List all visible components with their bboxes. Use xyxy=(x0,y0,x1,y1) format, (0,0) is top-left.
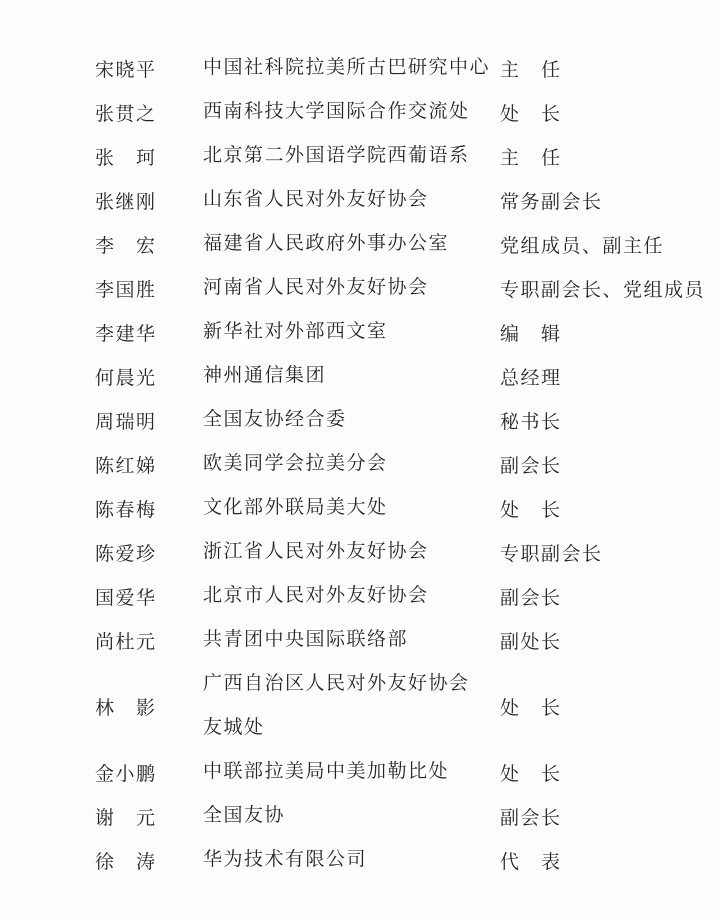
attendee-name: 国爱华 xyxy=(95,583,203,610)
attendee-organization: 山东省人民对外友好协会 xyxy=(203,178,500,222)
table-row: 张 珂 北京第二外国语学院西葡语系 主 任 xyxy=(0,134,720,178)
attendee-table: 宋晓平 中国社科院拉美所古巴研究中心 主 任 张贯之 西南科技大学国际合作交流处… xyxy=(0,46,720,882)
attendee-organization: 神州通信集团 xyxy=(203,354,500,398)
table-row: 徐 涛 华为技术有限公司 代 表 xyxy=(0,838,720,882)
attendee-organization: 浙江省人民对外友好协会 xyxy=(203,530,500,574)
attendee-title: 党组成员、副主任 xyxy=(500,231,720,258)
attendee-organization: 北京第二外国语学院西葡语系 xyxy=(203,134,500,178)
table-row: 周瑞明 全国友协经合委 秘书长 xyxy=(0,398,720,442)
attendee-organization: 中国社科院拉美所古巴研究中心 xyxy=(203,46,500,90)
table-row: 李国胜 河南省人民对外友好协会 专职副会长、党组成员 xyxy=(0,266,720,310)
attendee-organization: 共青团中央国际联络部 xyxy=(203,618,500,662)
attendee-name: 谢 元 xyxy=(95,803,203,830)
table-row: 谢 元 全国友协 副会长 xyxy=(0,794,720,838)
attendee-title: 专职副会长、党组成员 xyxy=(500,275,720,302)
table-row: 林 影 广西自治区人民对外友好协会 友城处 处 长 xyxy=(0,662,720,750)
attendee-name: 张继刚 xyxy=(95,187,203,214)
attendee-title: 编 辑 xyxy=(500,319,720,346)
attendee-title: 处 长 xyxy=(500,759,720,786)
table-row: 宋晓平 中国社科院拉美所古巴研究中心 主 任 xyxy=(0,46,720,90)
attendee-name: 林 影 xyxy=(95,693,203,720)
attendee-name: 陈春梅 xyxy=(95,495,203,522)
attendee-name: 李建华 xyxy=(95,319,203,346)
table-row: 李 宏 福建省人民政府外事办公室 党组成员、副主任 xyxy=(0,222,720,266)
attendee-title: 专职副会长 xyxy=(500,539,720,566)
attendee-name: 金小鹏 xyxy=(95,759,203,786)
attendee-organization: 广西自治区人民对外友好协会 友城处 xyxy=(203,662,500,750)
attendee-organization: 福建省人民政府外事办公室 xyxy=(203,222,500,266)
attendee-organization: 全国友协 xyxy=(203,794,500,838)
attendee-title: 副会长 xyxy=(500,451,720,478)
attendee-organization: 欧美同学会拉美分会 xyxy=(203,442,500,486)
attendee-name: 陈红娣 xyxy=(95,451,203,478)
attendee-organization: 西南科技大学国际合作交流处 xyxy=(203,90,500,134)
attendee-organization: 北京市人民对外友好协会 xyxy=(203,574,500,618)
attendee-title: 处 长 xyxy=(500,99,720,126)
attendee-title: 副会长 xyxy=(500,583,720,610)
attendee-title: 总经理 xyxy=(500,363,720,390)
attendee-name: 张贯之 xyxy=(95,99,203,126)
table-row: 张继刚 山东省人民对外友好协会 常务副会长 xyxy=(0,178,720,222)
table-row: 尚杜元 共青团中央国际联络部 副处长 xyxy=(0,618,720,662)
attendee-title: 常务副会长 xyxy=(500,187,720,214)
table-row: 国爱华 北京市人民对外友好协会 副会长 xyxy=(0,574,720,618)
attendee-name: 尚杜元 xyxy=(95,627,203,654)
attendee-title: 主 任 xyxy=(500,143,720,170)
attendee-title: 秘书长 xyxy=(500,407,720,434)
attendee-organization: 文化部外联局美大处 xyxy=(203,486,500,530)
attendee-organization: 河南省人民对外友好协会 xyxy=(203,266,500,310)
table-row: 金小鹏 中联部拉美局中美加勒比处 处 长 xyxy=(0,750,720,794)
document-page: 宋晓平 中国社科院拉美所古巴研究中心 主 任 张贯之 西南科技大学国际合作交流处… xyxy=(0,0,720,921)
attendee-organization: 新华社对外部西文室 xyxy=(203,310,500,354)
attendee-organization: 中联部拉美局中美加勒比处 xyxy=(203,750,500,794)
table-row: 李建华 新华社对外部西文室 编 辑 xyxy=(0,310,720,354)
attendee-title: 代 表 xyxy=(500,847,720,874)
table-row: 张贯之 西南科技大学国际合作交流处 处 长 xyxy=(0,90,720,134)
attendee-organization: 华为技术有限公司 xyxy=(203,838,500,882)
attendee-title: 处 长 xyxy=(500,495,720,522)
attendee-name: 张 珂 xyxy=(95,143,203,170)
attendee-organization: 全国友协经合委 xyxy=(203,398,500,442)
attendee-name: 周瑞明 xyxy=(95,407,203,434)
attendee-name: 李 宏 xyxy=(95,231,203,258)
table-row: 何晨光 神州通信集团 总经理 xyxy=(0,354,720,398)
table-row: 陈春梅 文化部外联局美大处 处 长 xyxy=(0,486,720,530)
attendee-name: 徐 涛 xyxy=(95,847,203,874)
attendee-name: 宋晓平 xyxy=(95,55,203,82)
attendee-title: 处 长 xyxy=(500,693,720,720)
attendee-name: 何晨光 xyxy=(95,363,203,390)
attendee-title: 副会长 xyxy=(500,803,720,830)
attendee-title: 副处长 xyxy=(500,627,720,654)
attendee-name: 李国胜 xyxy=(95,275,203,302)
attendee-name: 陈爱珍 xyxy=(95,539,203,566)
table-row: 陈红娣 欧美同学会拉美分会 副会长 xyxy=(0,442,720,486)
attendee-title: 主 任 xyxy=(500,55,720,82)
table-row: 陈爱珍 浙江省人民对外友好协会 专职副会长 xyxy=(0,530,720,574)
